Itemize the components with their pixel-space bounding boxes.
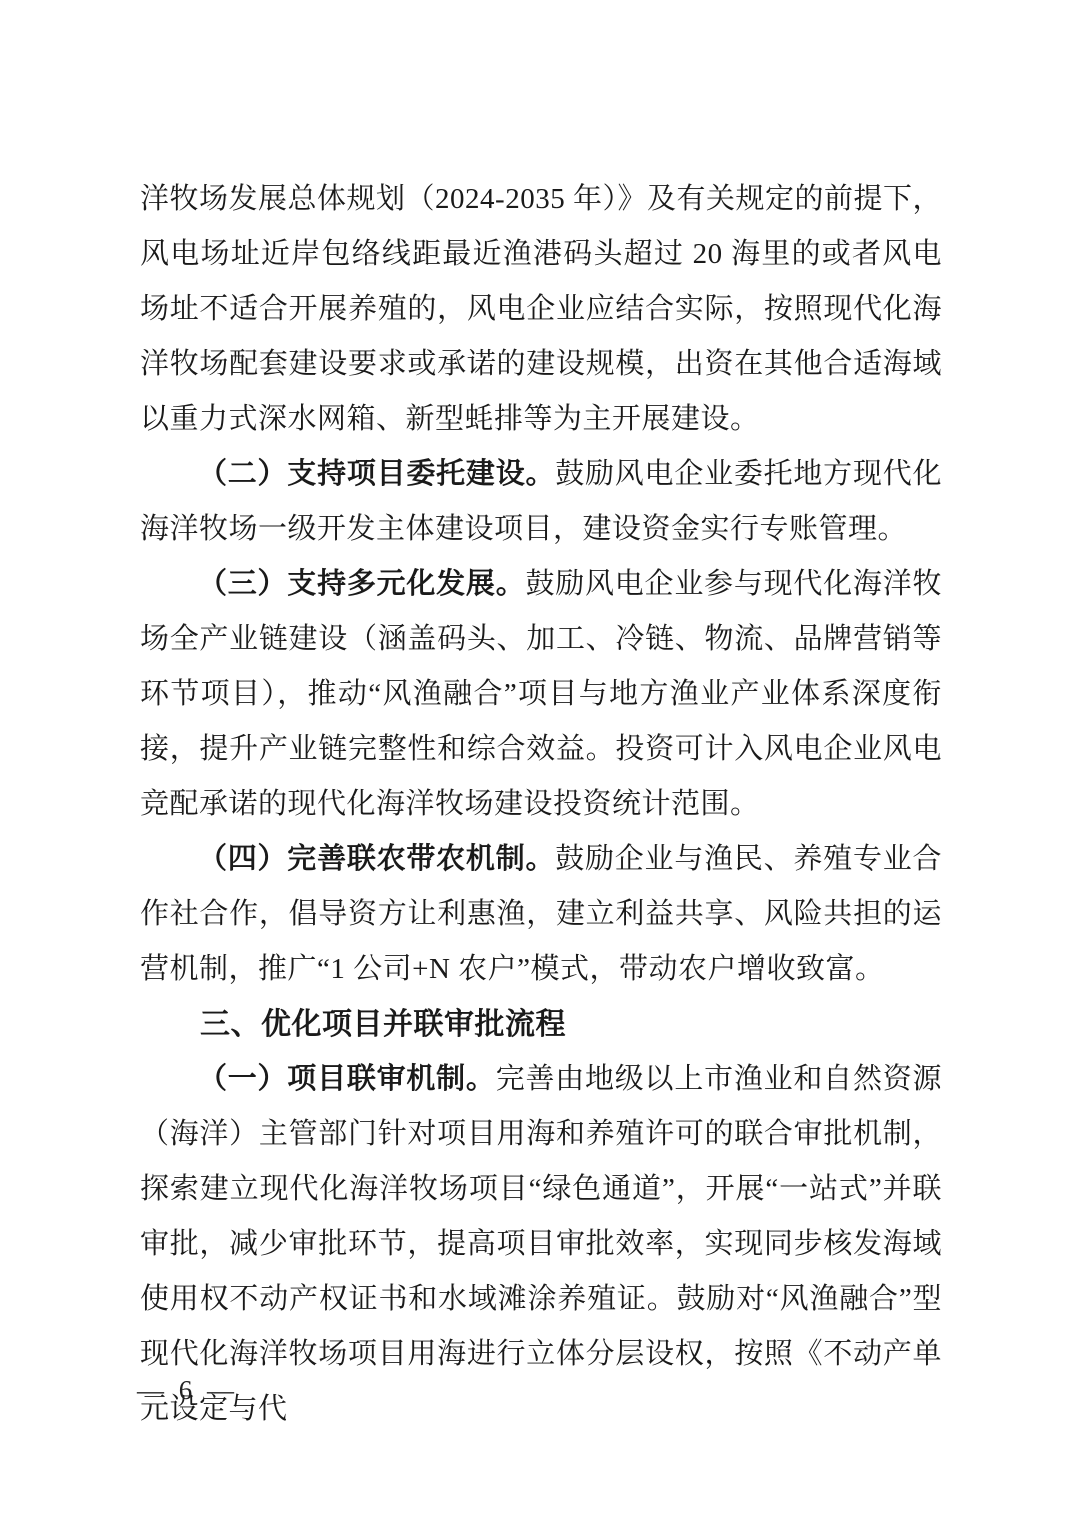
paragraph-lead: （四）完善联农带农机制。 bbox=[198, 843, 555, 875]
paragraph: 洋牧场发展总体规划（2024-2035 年）》及有关规定的前提下，风电场址近岸包… bbox=[140, 172, 942, 447]
section-heading: 三、优化项目并联审批流程 bbox=[140, 997, 942, 1052]
paragraph: （一）项目联审机制。完善由地级以上市渔业和自然资源（海洋）主管部门针对项目用海和… bbox=[140, 1052, 942, 1437]
paragraph: （三）支持多元化发展。鼓励风电企业参与现代化海洋牧场全产业链建设（涵盖码头、加工… bbox=[140, 557, 942, 832]
paragraph-lead: 三、优化项目并联审批流程 bbox=[200, 1008, 566, 1041]
paragraph-text: 洋牧场发展总体规划（2024-2035 年）》及有关规定的前提下，风电场址近岸包… bbox=[140, 183, 942, 435]
document-body: 洋牧场发展总体规划（2024-2035 年）》及有关规定的前提下，风电场址近岸包… bbox=[140, 172, 942, 1437]
paragraph-text: 鼓励风电企业参与现代化海洋牧场全产业链建设（涵盖码头、加工、冷链、物流、品牌营销… bbox=[140, 568, 942, 820]
paragraph-lead: （三）支持多元化发展。 bbox=[198, 568, 525, 600]
page-number: — 6 — bbox=[137, 1375, 238, 1405]
paragraph: （二）支持项目委托建设。鼓励风电企业委托地方现代化海洋牧场一级开发主体建设项目，… bbox=[140, 447, 942, 557]
page-footer: — 6 — bbox=[137, 1370, 238, 1410]
paragraph-lead: （一）项目联审机制。 bbox=[198, 1063, 496, 1095]
paragraph: （四）完善联农带农机制。鼓励企业与渔民、养殖专业合作社合作，倡导资方让利惠渔，建… bbox=[140, 832, 942, 997]
paragraph-text: 完善由地级以上市渔业和自然资源（海洋）主管部门针对项目用海和养殖许可的联合审批机… bbox=[140, 1063, 942, 1425]
paragraph-lead: （二）支持项目委托建设。 bbox=[198, 458, 555, 490]
document-page: 洋牧场发展总体规划（2024-2035 年）》及有关规定的前提下，风电场址近岸包… bbox=[0, 0, 1080, 1527]
